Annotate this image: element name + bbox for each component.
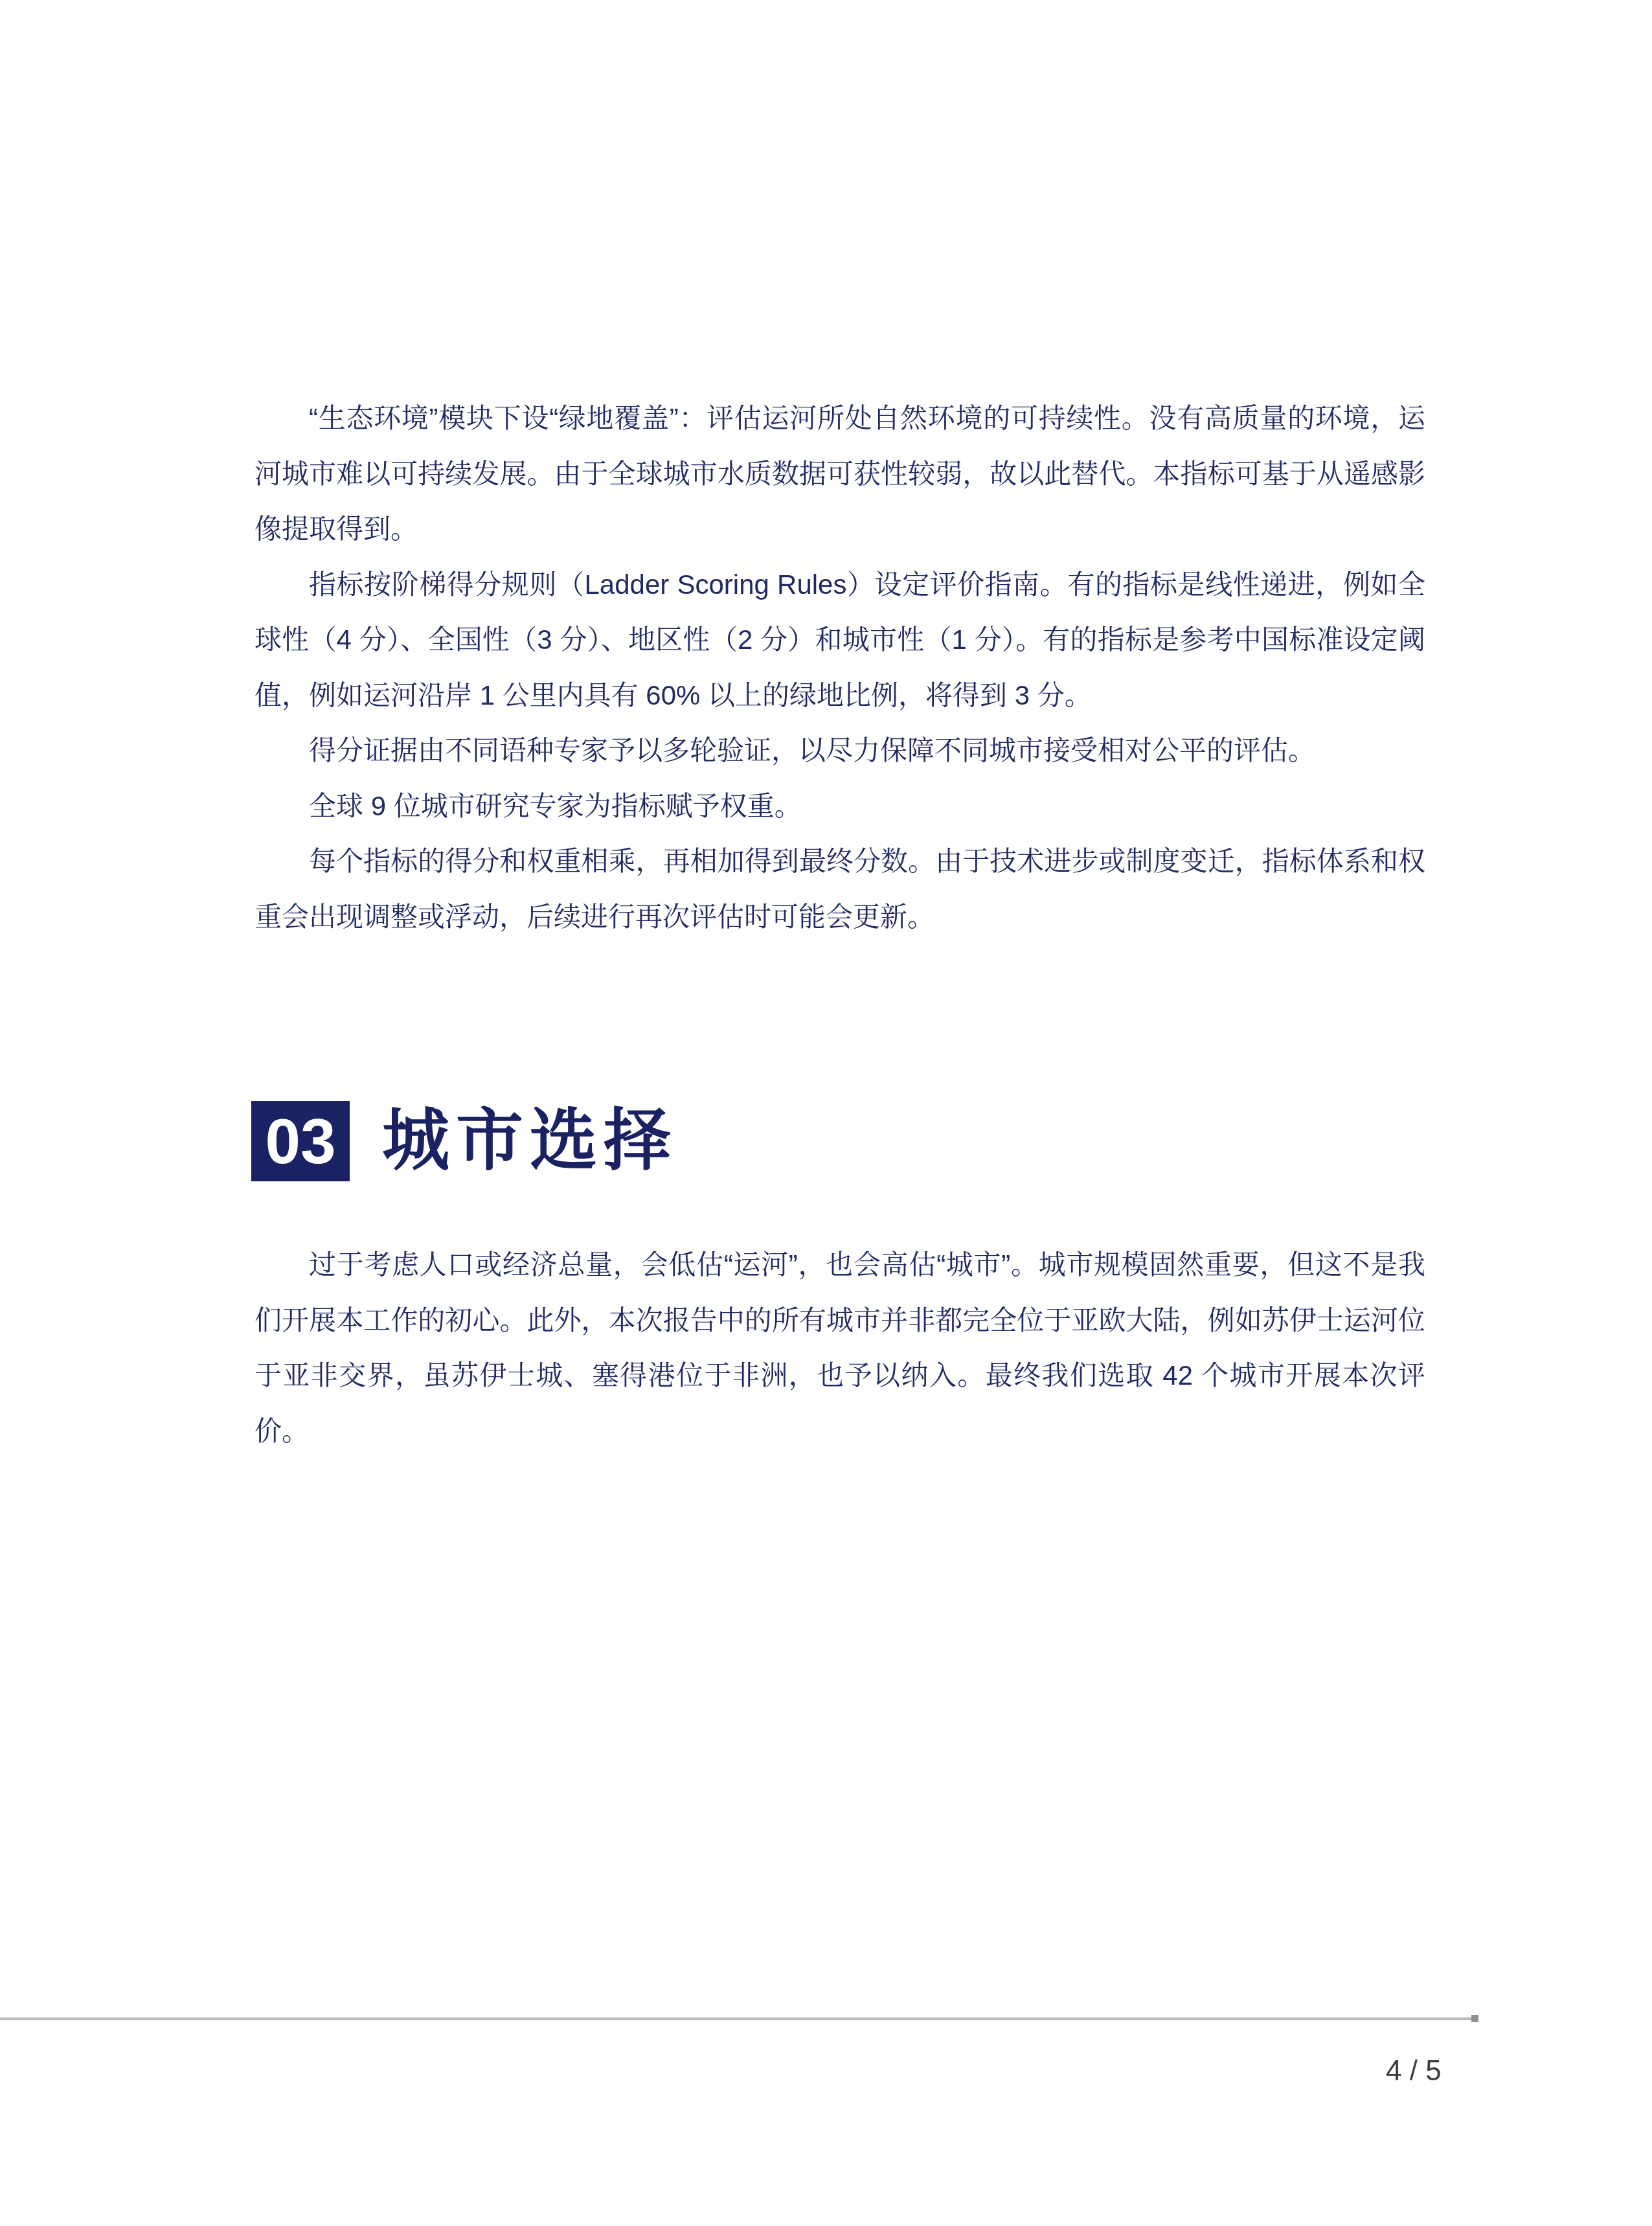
methodology-text-block: “生态环境”模块下设“绿地覆盖”：评估运河所处自然环境的可持续性。没有高质量的环… xyxy=(255,391,1425,944)
section-number-badge: 03 xyxy=(251,1101,350,1181)
document-page: “生态环境”模块下设“绿地覆盖”：评估运河所处自然环境的可持续性。没有高质量的环… xyxy=(0,0,1652,2226)
section-title: 城市选择 xyxy=(382,1107,677,1175)
page-number: 4 / 5 xyxy=(1386,2054,1442,2089)
paragraph-city-selection: 过于考虑人口或经济总量，会低估“运河”，也会高估“城市”。城市规模固然重要，但这… xyxy=(255,1237,1425,1459)
paragraph-final-score: 每个指标的得分和权重相乘，再相加得到最终分数。由于技术进步或制度变迁，指标体系和… xyxy=(255,834,1425,944)
paragraph-expert-weights: 全球 9 位城市研究专家为指标赋予权重。 xyxy=(255,778,1425,834)
paragraph-green-coverage: “生态环境”模块下设“绿地覆盖”：评估运河所处自然环境的可持续性。没有高质量的环… xyxy=(255,391,1425,557)
divider-handle-dot xyxy=(1471,2015,1478,2022)
city-selection-text-block: 过于考虑人口或经济总量，会低估“运河”，也会高估“城市”。城市规模固然重要，但这… xyxy=(255,1237,1425,1459)
section-heading: 03 城市选择 xyxy=(251,1101,677,1181)
paragraph-expert-validation: 得分证据由不同语种专家予以多轮验证，以尽力保障不同城市接受相对公平的评估。 xyxy=(255,723,1425,778)
footer-divider xyxy=(0,2017,1478,2020)
paragraph-ladder-scoring: 指标按阶梯得分规则（Ladder Scoring Rules）设定评价指南。有的… xyxy=(255,557,1425,723)
